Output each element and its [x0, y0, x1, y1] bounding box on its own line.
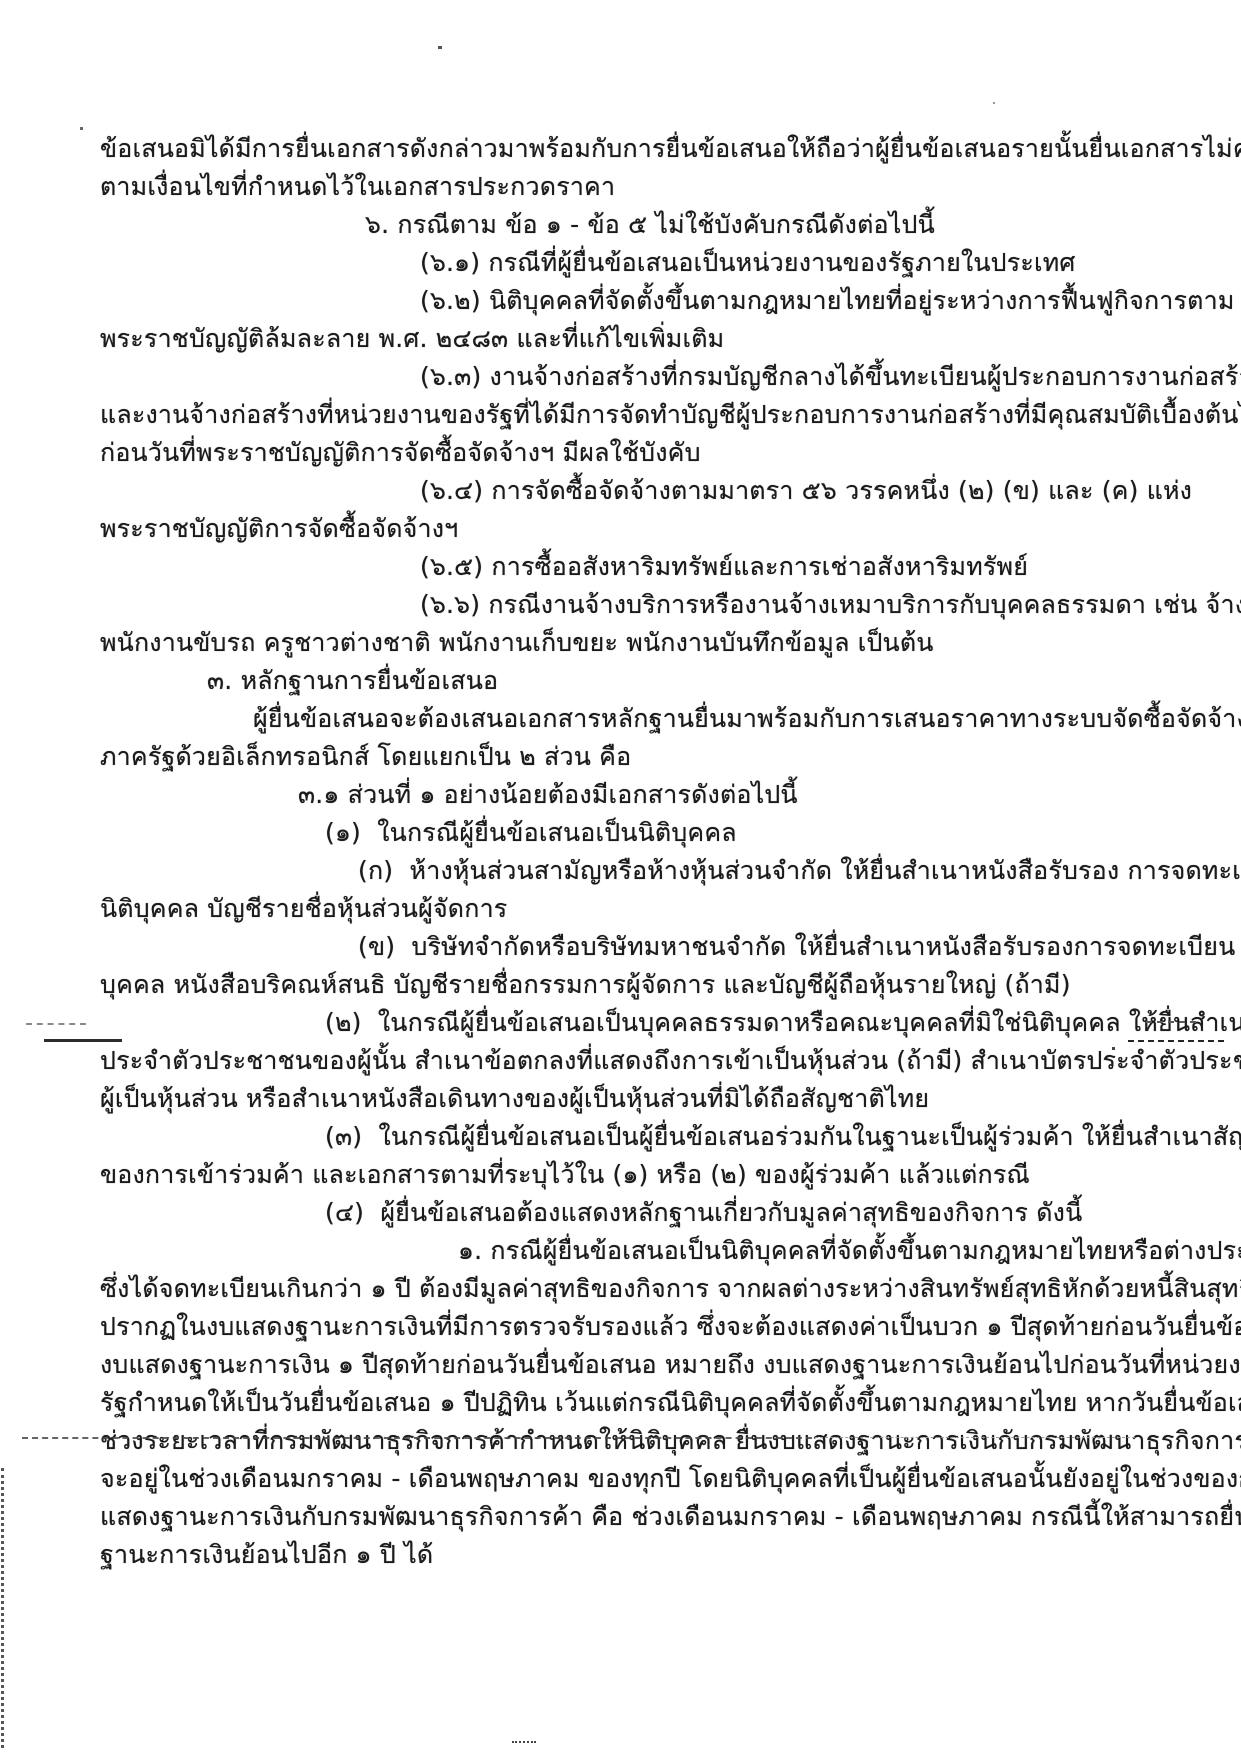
- text-line: พนักงานขับรถ ครูชาวต่างชาติ พนักงานเก็บข…: [100, 624, 1160, 662]
- scan-dash-mark-left: [44, 1039, 122, 1042]
- text-line: บุคคล หนังสือบริคณห์สนธิ บัญชีรายชื่อกรร…: [100, 966, 1160, 1004]
- clause-6-2: (๖.๒) นิติบุคคลที่จัดตั้งขึ้นตามกฎหมายไท…: [100, 282, 1160, 320]
- scan-dash-mark-left: [26, 1023, 86, 1025]
- text-line: แสดงฐานะการเงินกับกรมพัฒนาธุรกิจการค้า ค…: [100, 1498, 1160, 1536]
- text-line: ของการเข้าร่วมค้า และเอกสารตามที่ระบุไว้…: [100, 1156, 1160, 1194]
- text-line: รัฐกำหนดให้เป็นวันยื่นข้อเสนอ ๑ ปีปฏิทิน…: [100, 1384, 1160, 1422]
- text-line: ประจำตัวประชาชนของผู้นั้น สำเนาข้อตกลงที…: [100, 1042, 1160, 1080]
- clause-6-6: (๖.๖) กรณีงานจ้างบริการหรืองานจ้างเหมาบร…: [100, 586, 1160, 624]
- scan-dash-mark-right: [1146, 1021, 1196, 1023]
- text-line: นิติบุคคล บัญชีรายชื่อหุ้นส่วนผู้จัดการ: [100, 890, 1160, 928]
- scan-speck: [512, 1741, 536, 1743]
- text-line: ผู้ยื่นข้อเสนอจะต้องเสนอเอกสารหลักฐานยื่…: [100, 700, 1160, 738]
- text-line: ผู้เป็นหุ้นส่วน หรือสำเนาหนังสือเดินทางข…: [100, 1080, 1160, 1118]
- item-1: (๑) ในกรณีผู้ยื่นข้อเสนอเป็นนิติบุคคล: [100, 814, 1160, 852]
- scan-dashed-line: [22, 1437, 812, 1439]
- scan-speck: [993, 102, 995, 104]
- item-1-b: (ข) บริษัทจำกัดหรือบริษัทมหาชนจำกัด ให้ย…: [100, 928, 1160, 966]
- text-line: ข้อเสนอมิได้มีการยื่นเอกสารดังกล่าวมาพร้…: [100, 130, 1160, 168]
- text-line: พระราชบัญญัติล้มละลาย พ.ศ. ๒๔๘๓ และที่แก…: [100, 320, 1160, 358]
- text-line: ช่วงระยะเวลาที่กรมพัฒนาธุรกิจการค้ากำหนด…: [100, 1422, 1160, 1460]
- item-1-a: (ก) ห้างหุ้นส่วนสามัญหรือห้างหุ้นส่วนจำก…: [100, 852, 1160, 890]
- sub-item-1: ๑. กรณีผู้ยื่นข้อเสนอเป็นนิติบุคคลที่จัด…: [100, 1232, 1160, 1270]
- subsection-3-1: ๓.๑ ส่วนที่ ๑ อย่างน้อยต้องมีเอกสารดังต่…: [100, 776, 1160, 814]
- clause-6-1: (๖.๑) กรณีที่ผู้ยื่นข้อเสนอเป็นหน่วยงานข…: [100, 244, 1160, 282]
- section-heading-3: ๓. หลักฐานการยื่นข้อเสนอ: [100, 662, 1160, 700]
- text-line: ซึ่งได้จดทะเบียนเกินกว่า ๑ ปี ต้องมีมูลค…: [100, 1270, 1160, 1308]
- scan-speck: [80, 127, 83, 130]
- text-line: จะอยู่ในช่วงเดือนมกราคม - เดือนพฤษภาคม ข…: [100, 1460, 1160, 1498]
- document-page: ข้อเสนอมิได้มีการยื่นเอกสารดังกล่าวมาพร้…: [0, 0, 1241, 1755]
- scan-speck: [1112, 1047, 1115, 1050]
- text-line: ตามเงื่อนไขที่กำหนดไว้ในเอกสารประกวดราคา: [100, 168, 1160, 206]
- document-text-block: ข้อเสนอมิได้มีการยื่นเอกสารดังกล่าวมาพร้…: [100, 130, 1160, 1574]
- text-line: ก่อนวันที่พระราชบัญญัติการจัดซื้อจัดจ้าง…: [100, 434, 1160, 472]
- scan-speck: [438, 46, 442, 49]
- section-heading-6: ๖. กรณีตาม ข้อ ๑ - ข้อ ๕ ไม่ใช้บังคับกรณ…: [100, 206, 1160, 244]
- clause-6-5: (๖.๕) การซื้ออสังหาริมทรัพย์และการเช่าอส…: [100, 548, 1160, 586]
- clause-6-4: (๖.๔) การจัดซื้อจัดจ้างตามมาตรา ๕๖ วรรคห…: [100, 472, 1160, 510]
- text-line: พระราชบัญญัติการจัดซื้อจัดจ้างฯ: [100, 510, 1160, 548]
- item-2: (๒) ในกรณีผู้ยื่นข้อเสนอเป็นบุคคลธรรมดาห…: [100, 1004, 1160, 1042]
- text-line: ภาครัฐด้วยอิเล็กทรอนิกส์ โดยแยกเป็น ๒ ส่…: [100, 738, 1160, 776]
- text-line: ปรากฏในงบแสดงฐานะการเงินที่มีการตรวจรับร…: [100, 1308, 1160, 1346]
- scan-edge-dotted-strip: [1, 1468, 4, 1748]
- item-4: (๔) ผู้ยื่นข้อเสนอต้องแสดงหลักฐานเกี่ยวก…: [100, 1194, 1160, 1232]
- scan-dashed-line-faint: [815, 1437, 1135, 1438]
- scan-dash-mark-right: [1128, 1040, 1224, 1042]
- text-line: ฐานะการเงินย้อนไปอีก ๑ ปี ได้: [100, 1536, 1160, 1574]
- text-line: งบแสดงฐานะการเงิน ๑ ปีสุดท้ายก่อนวันยื่น…: [100, 1346, 1160, 1384]
- item-3: (๓) ในกรณีผู้ยื่นข้อเสนอเป็นผู้ยื่นข้อเส…: [100, 1118, 1160, 1156]
- clause-6-3: (๖.๓) งานจ้างก่อสร้างที่กรมบัญชีกลางได้ข…: [100, 358, 1160, 396]
- text-line: และงานจ้างก่อสร้างที่หน่วยงานของรัฐที่ได…: [100, 396, 1160, 434]
